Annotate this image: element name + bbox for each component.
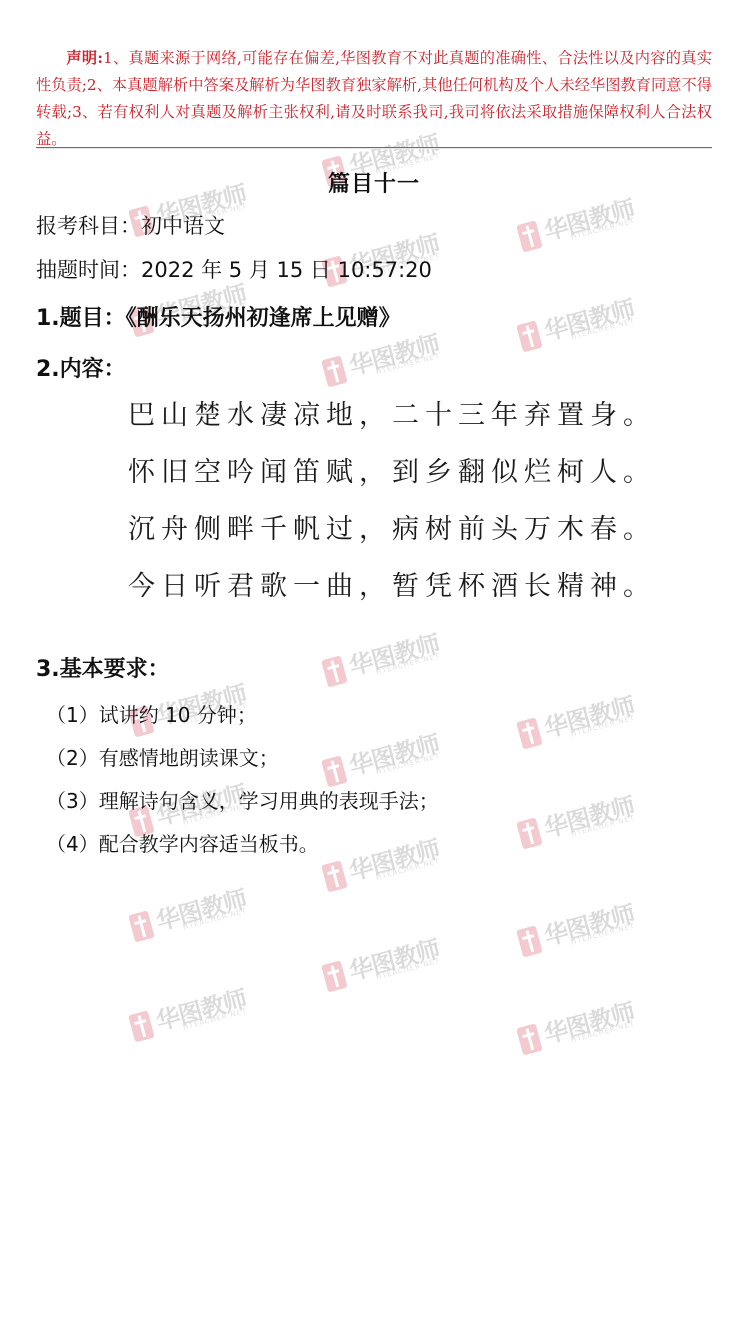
watermark: 华图教师 HTEACHER.NET xyxy=(126,972,265,1054)
huatu-logo-icon xyxy=(128,910,155,942)
huatu-logo-icon xyxy=(321,755,348,787)
huatu-logo-icon xyxy=(516,1023,543,1055)
poem-line: 今日听君歌一曲，暂凭杯酒长精神。 xyxy=(128,564,656,603)
poem-line: 巴山楚水凄凉地，二十三年弃置身。 xyxy=(128,393,656,432)
divider xyxy=(36,147,712,149)
subject-line: 报考科目：初中语文 xyxy=(36,210,225,240)
content-heading: 2.内容： xyxy=(36,352,126,383)
huatu-logo-icon xyxy=(321,960,348,992)
topic-heading: 1.题目：《酬乐天扬州初逢席上见赠》 xyxy=(36,301,401,332)
huatu-logo-icon xyxy=(516,220,543,252)
disclaimer: 声明:1、真题来源于网络,可能存在偏差,华图教育不对此真题的准确性、合法性以及内… xyxy=(36,45,712,153)
watermark: 华图教师 HTEACHER.NET xyxy=(319,922,458,1004)
requirement-item: （3）理解诗句含义，学习用典的表现手法； xyxy=(46,785,439,814)
watermark: 华图教师 HTEACHER.NET xyxy=(126,872,265,954)
huatu-logo-icon xyxy=(321,355,348,387)
poem-line: 怀旧空吟闻笛赋，到乡翻似烂柯人。 xyxy=(128,450,656,489)
huatu-logo-icon xyxy=(321,860,348,892)
requirement-item: （4）配合教学内容适当板书。 xyxy=(46,828,319,857)
huatu-logo-icon xyxy=(321,655,348,687)
huatu-logo-icon xyxy=(516,925,543,957)
document-page: 华图教师 HTEACHER.NET 华图教师 HTEACHER.NET 华图教师… xyxy=(0,0,748,1335)
huatu-logo-icon xyxy=(516,717,543,749)
watermark: 华图教师 HTEACHER.NET xyxy=(319,822,458,904)
disclaimer-text: 1、真题来源于网络,可能存在偏差,华图教育不对此真题的准确性、合法性以及内容的真… xyxy=(36,49,712,148)
disclaimer-label: 声明: xyxy=(66,49,103,67)
watermark: 华图教师 HTEACHER.NET xyxy=(514,887,653,969)
poem-line: 沉舟侧畔千帆过，病树前头万木春。 xyxy=(128,507,656,546)
watermark: 华图教师 HTEACHER.NET xyxy=(514,679,653,761)
time-line: 抽题时间：2022 年 5 月 15 日 10:57:20 xyxy=(36,254,432,284)
huatu-logo-icon xyxy=(516,320,543,352)
requirement-item: （1）试讲约 10 分钟； xyxy=(46,699,257,728)
document-title: 篇目十一 xyxy=(0,167,748,198)
watermark: 华图教师 HTEACHER.NET xyxy=(319,617,458,699)
requirement-item: （2）有感情地朗读课文； xyxy=(46,742,279,771)
huatu-logo-icon xyxy=(516,817,543,849)
requirements-heading: 3.基本要求： xyxy=(36,652,170,683)
watermark: 华图教师 HTEACHER.NET xyxy=(514,985,653,1067)
watermark: 华图教师 HTEACHER.NET xyxy=(514,779,653,861)
watermark: 华图教师 HTEACHER.NET xyxy=(514,282,653,364)
huatu-logo-icon xyxy=(128,1010,155,1042)
